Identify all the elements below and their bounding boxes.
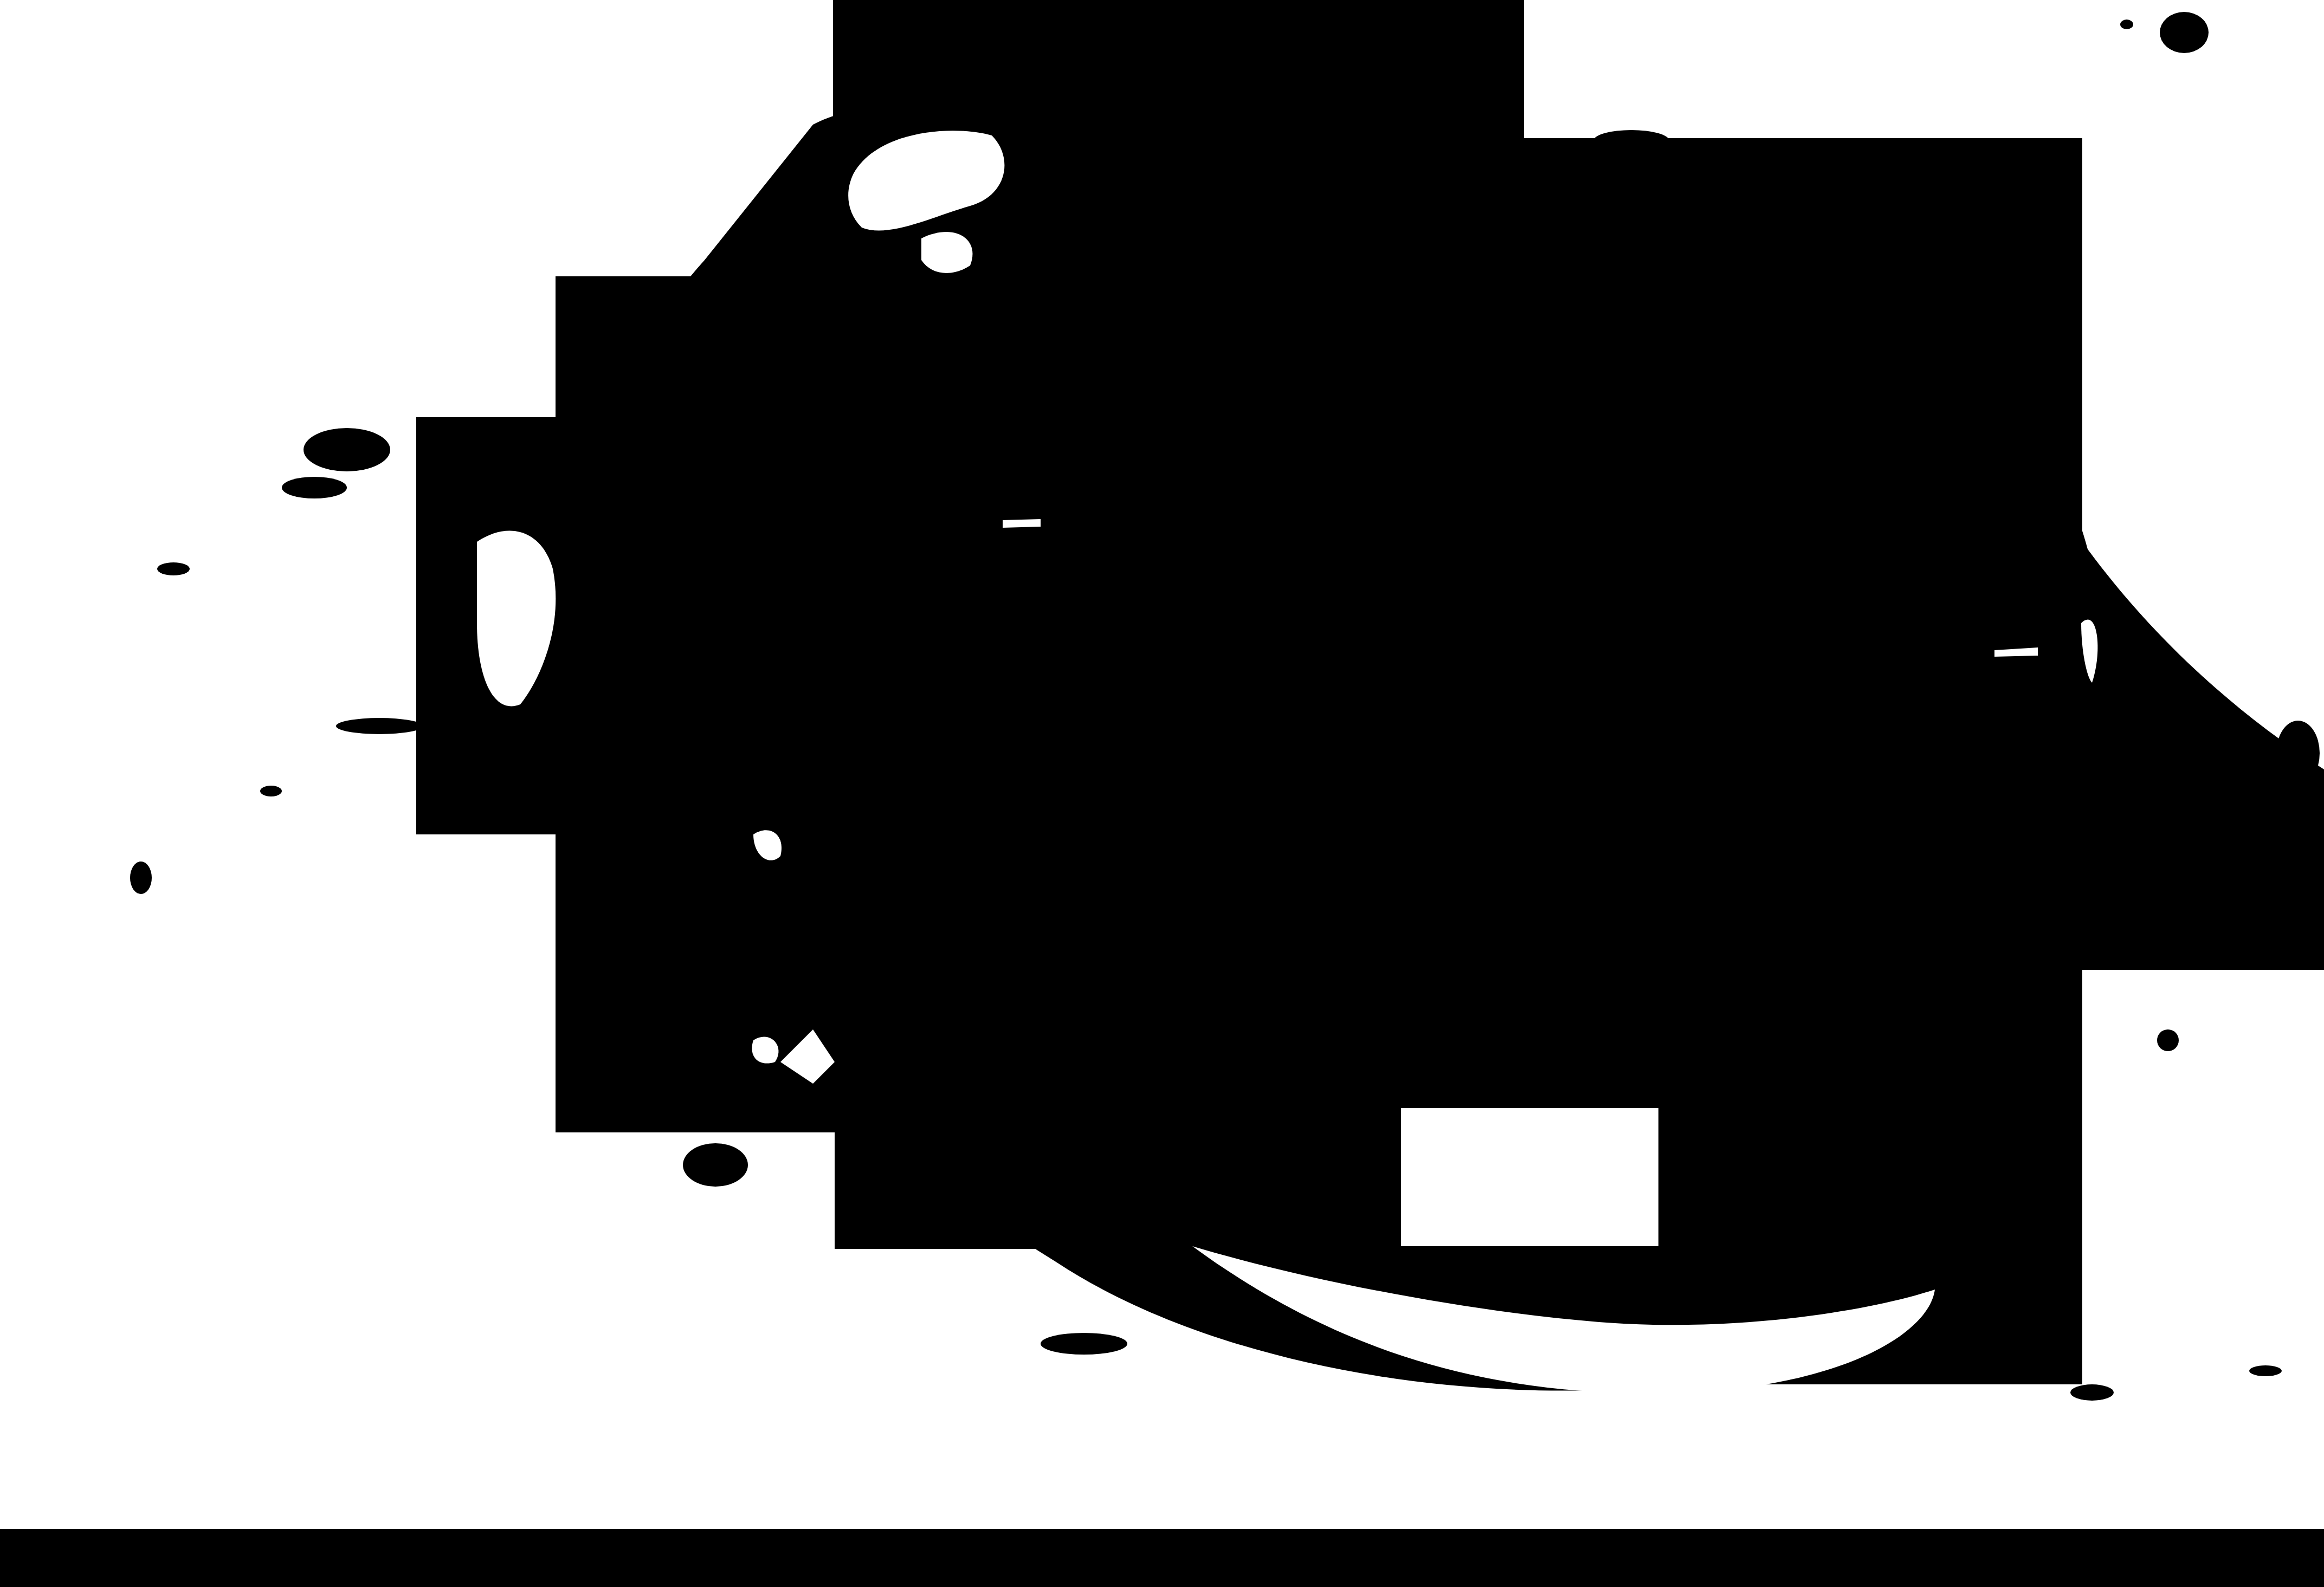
thresholded-map xyxy=(0,0,2324,1587)
bottom-black-band xyxy=(0,1529,2324,1587)
